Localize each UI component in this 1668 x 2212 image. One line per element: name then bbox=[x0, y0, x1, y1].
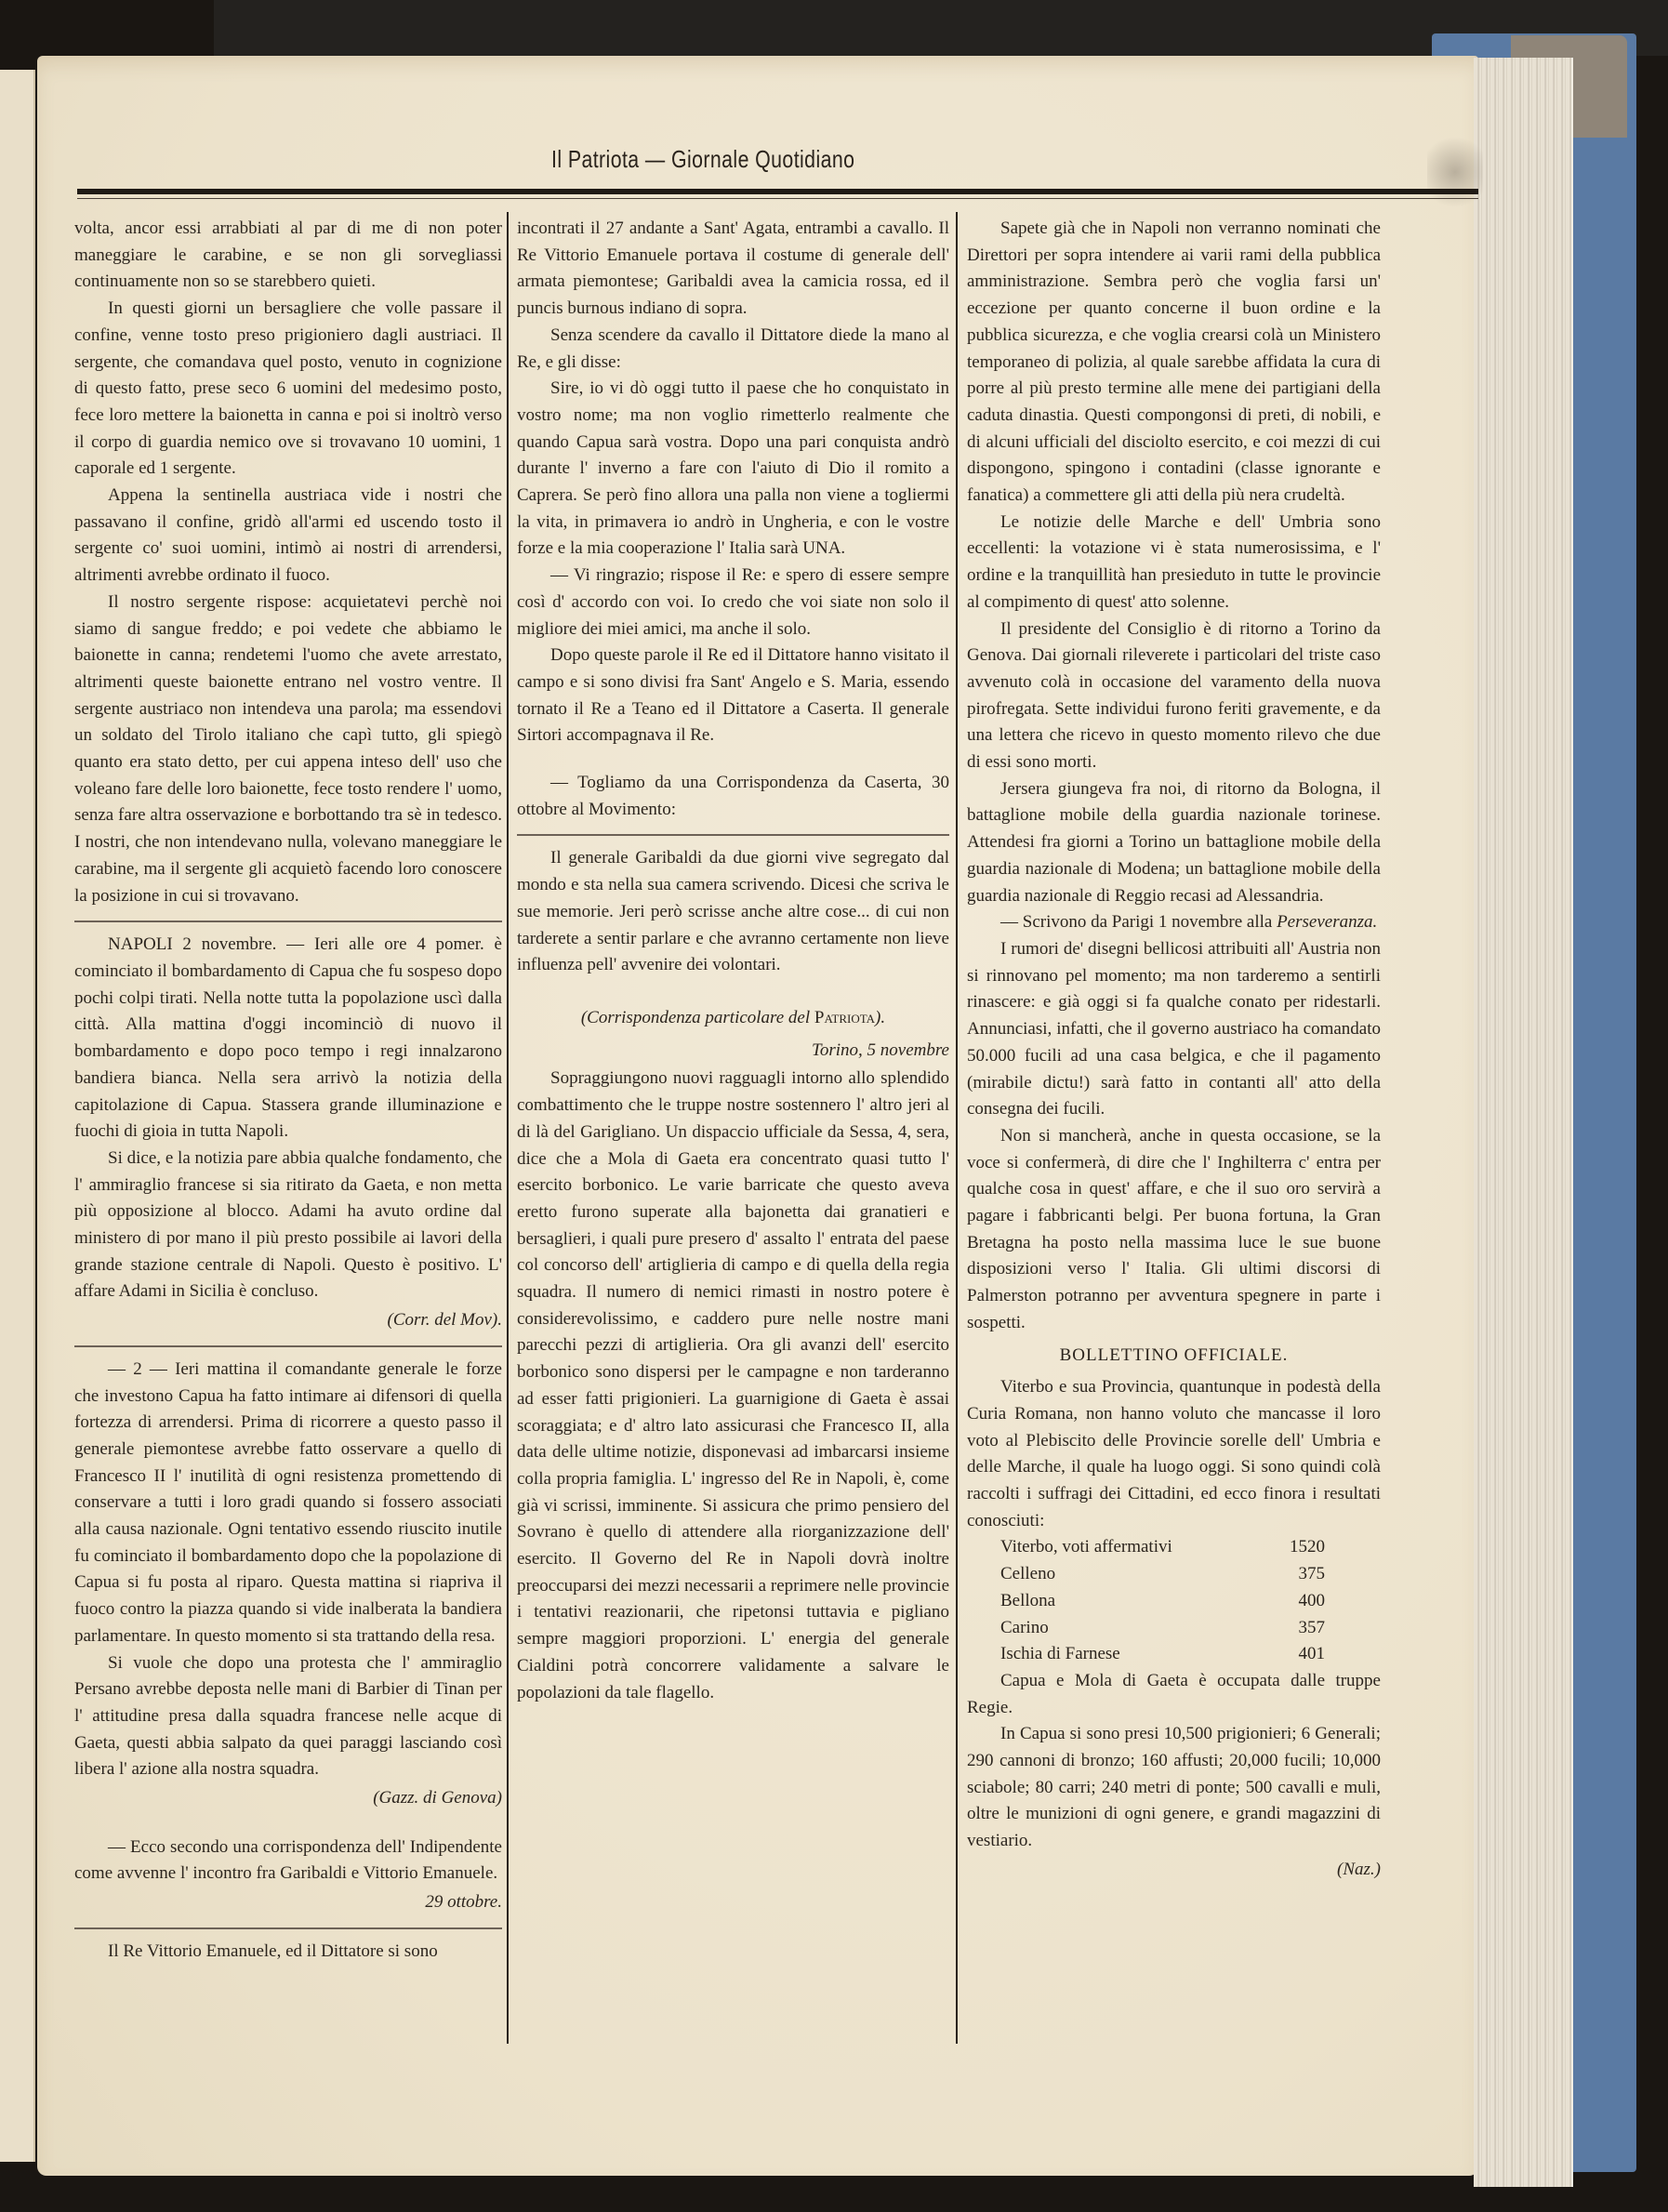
masthead: Il Patriota — Giornale Quotidiano bbox=[77, 145, 1478, 182]
article-paragraph: Sapete già che in Napoli non verranno no… bbox=[967, 216, 1381, 510]
newspaper-name: Patriota bbox=[814, 1008, 875, 1027]
masthead-rule-thin bbox=[77, 198, 1478, 199]
correspondence-heading: (Corrispondenza particolare del Patriota… bbox=[517, 1005, 949, 1032]
vote-row: Carino 357 bbox=[967, 1615, 1381, 1642]
column-2: incontrati il 27 andante a Sant' Agata, … bbox=[517, 216, 949, 1706]
section-separator bbox=[517, 834, 949, 836]
facing-page-edge bbox=[0, 70, 35, 2162]
dateline: 29 ottobre. bbox=[74, 1889, 502, 1916]
vote-table: Viterbo, voti affermativi 1520 Celleno 3… bbox=[967, 1534, 1381, 1668]
article-paragraph: Sire, io vi dò oggi tutto il paese che h… bbox=[517, 376, 949, 563]
article-paragraph: — Vi ringrazio; rispose il Re: e spero d… bbox=[517, 563, 949, 642]
vote-row: Ischia di Farnese 401 bbox=[967, 1641, 1381, 1668]
source-attribution: (Corr. del Mov). bbox=[74, 1307, 502, 1334]
vote-count: 1520 bbox=[1290, 1534, 1325, 1561]
article-paragraph: Viterbo e sua Provincia, quantunque in p… bbox=[967, 1374, 1381, 1534]
article-paragraph: In Capua si sono presi 10,500 prigionier… bbox=[967, 1721, 1381, 1855]
article-paragraph: Sopraggiungono nuovi ragguagli intorno a… bbox=[517, 1066, 949, 1706]
article-paragraph: Dopo queste parole il Re ed il Dittatore… bbox=[517, 642, 949, 749]
vote-count: 401 bbox=[1299, 1641, 1326, 1668]
vote-place: Bellona bbox=[1000, 1588, 1055, 1615]
vote-place: Viterbo, voti affermativi bbox=[1000, 1534, 1172, 1561]
bulletin-title: BOLLETTINO OFFICIALE. bbox=[967, 1343, 1381, 1370]
napoli-dispatch: NAPOLI 2 novembre. — Ieri alle ore 4 pom… bbox=[74, 932, 502, 1146]
vote-place: Ischia di Farnese bbox=[1000, 1641, 1120, 1668]
dateline: Torino, 5 novembre bbox=[517, 1038, 949, 1065]
article-paragraph: I rumori de' disegni bellicosi attribuit… bbox=[967, 936, 1381, 1123]
vote-count: 400 bbox=[1299, 1588, 1326, 1615]
masthead-rule bbox=[77, 189, 1478, 194]
article-paragraph: Il Re Vittorio Emanuele, ed il Dittatore… bbox=[74, 1939, 502, 1966]
vote-count: 375 bbox=[1299, 1561, 1326, 1588]
masthead-title: Il Patriota — Giornale Quotidiano bbox=[551, 145, 854, 174]
article-paragraph: In questi giorni un bersagliere che voll… bbox=[74, 296, 502, 483]
article-paragraph: — Togliamo da una Corrispondenza da Case… bbox=[517, 770, 949, 823]
stacked-page-edges bbox=[1474, 58, 1573, 2187]
column-divider bbox=[507, 212, 509, 2044]
column-divider bbox=[956, 212, 958, 2044]
vote-place: Celleno bbox=[1000, 1561, 1055, 1588]
column-1: volta, ancor essi arrabbiati al par di m… bbox=[74, 216, 502, 1966]
article-paragraph: — Scrivono da Parigi 1 novembre alla Per… bbox=[967, 909, 1381, 936]
article-paragraph: Senza scendere da cavallo il Dittatore d… bbox=[517, 323, 949, 376]
article-paragraph: — 2 — Ieri mattina il comandante general… bbox=[74, 1357, 502, 1650]
section-separator bbox=[74, 921, 502, 922]
article-paragraph: Capua e Mola di Gaeta è occupata dalle t… bbox=[967, 1668, 1381, 1721]
source-attribution: (Gazz. di Genova) bbox=[74, 1785, 502, 1812]
article-paragraph: Jersera giungeva fra noi, di ritorno da … bbox=[967, 776, 1381, 910]
article-paragraph: Il nostro sergente rispose: acquietatevi… bbox=[74, 589, 502, 909]
article-paragraph: Il generale Garibaldi da due giorni vive… bbox=[517, 845, 949, 979]
article-paragraph: Si dice, e la notizia pare abbia qualche… bbox=[74, 1146, 502, 1305]
article-paragraph: Appena la sentinella austriaca vide i no… bbox=[74, 483, 502, 589]
column-3: Sapete già che in Napoli non verranno no… bbox=[967, 216, 1381, 1886]
section-separator bbox=[74, 1927, 502, 1929]
vote-row: Viterbo, voti affermativi 1520 bbox=[967, 1534, 1381, 1561]
article-paragraph: Si vuole che dopo una protesta che l' am… bbox=[74, 1650, 502, 1784]
article-paragraph: Le notizie delle Marche e dell' Umbria s… bbox=[967, 510, 1381, 616]
vote-count: 357 bbox=[1299, 1615, 1326, 1642]
source-attribution: (Naz.) bbox=[967, 1857, 1381, 1884]
article-paragraph: incontrati il 27 andante a Sant' Agata, … bbox=[517, 216, 949, 323]
article-paragraph: volta, ancor essi arrabbiati al par di m… bbox=[74, 216, 502, 296]
vote-row: Bellona 400 bbox=[967, 1588, 1381, 1615]
article-paragraph: Non si mancherà, anche in questa occasio… bbox=[967, 1123, 1381, 1337]
article-paragraph: Il presidente del Consiglio è di ritorno… bbox=[967, 616, 1381, 776]
article-paragraph: — Ecco secondo una corrispondenza dell' … bbox=[74, 1835, 502, 1887]
section-separator bbox=[74, 1345, 502, 1347]
newspaper-name: Perseveranza. bbox=[1277, 912, 1377, 932]
vote-row: Celleno 375 bbox=[967, 1561, 1381, 1588]
vote-place: Carino bbox=[1000, 1615, 1049, 1642]
